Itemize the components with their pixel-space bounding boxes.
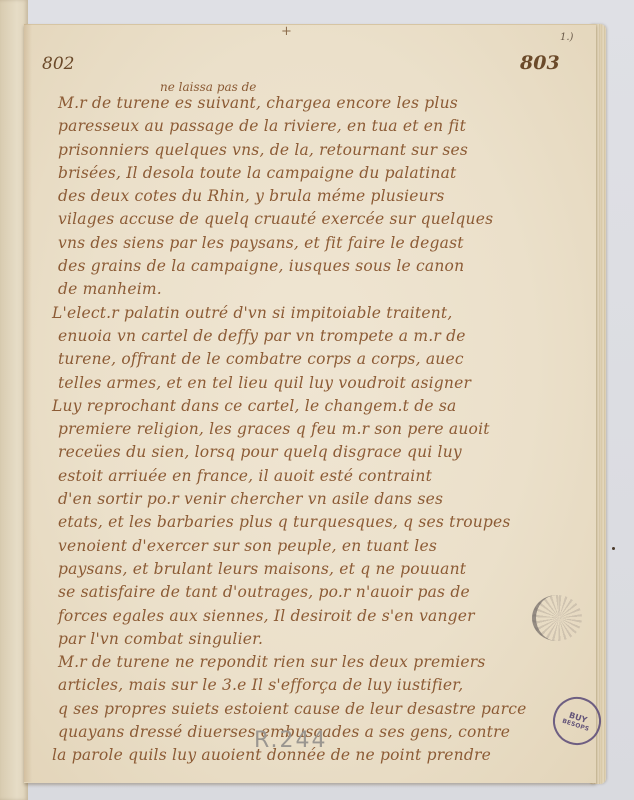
text-line: forces egales aux siennes, Il desiroit d…	[58, 605, 578, 628]
text-line: venoient d'exercer sur son peuple, en tu…	[58, 535, 578, 558]
text-line: L'elect.r palatin outré d'vn si impitoia…	[52, 302, 578, 325]
text-line: articles, mais sur le 3.e Il s'efforça d…	[58, 674, 578, 697]
folio-number-left: 802	[42, 54, 74, 74]
text-line: de manheim.	[58, 278, 578, 301]
folio-number-right: 803	[520, 52, 560, 74]
text-line: vns des siens par les paysans, et fit fa…	[58, 232, 578, 255]
page-gutter-shadow	[24, 24, 32, 782]
text-line: brisées, Il desola toute la campaigne du…	[58, 162, 578, 185]
text-line: prisonniers quelques vns, de la, retourn…	[58, 139, 578, 162]
ink-dot	[612, 547, 615, 550]
text-line: des deux cotes du Rhin, y brula méme plu…	[58, 185, 578, 208]
text-line: M.r de turene ne repondit rien sur les d…	[58, 651, 578, 674]
text-line: premiere religion, les graces q feu m.r …	[58, 418, 578, 441]
shelfmark: R.244	[254, 728, 328, 753]
text-line: se satisfaire de tant d'outrages, po.r n…	[58, 581, 578, 604]
text-line: M.r de turene es suivant, chargea encore…	[58, 92, 578, 115]
faded-round-stamp	[532, 595, 582, 641]
text-line: q ses propres suiets estoient cause de l…	[58, 698, 578, 721]
text-line: vilages accuse de quelq cruauté exercée …	[58, 208, 578, 231]
text-line: d'en sortir po.r venir chercher vn asile…	[58, 488, 578, 511]
text-line: paresseux au passage de la riviere, en t…	[58, 115, 578, 138]
text-line: paysans, et brulant leurs maisons, et q …	[58, 558, 578, 581]
manuscript-text: M.r de turene es suivant, chargea encore…	[58, 92, 578, 768]
text-line: enuoia vn cartel de deffy par vn trompet…	[58, 325, 578, 348]
text-line: estoit arriuée en france, il auoit esté …	[58, 465, 578, 488]
text-line: turene, offrant de le combatre corps a c…	[58, 348, 578, 371]
text-line: etats, et les barbaries plus q turquesqu…	[58, 511, 578, 534]
text-line: telles armes, et en tel lieu quil luy vo…	[58, 372, 578, 395]
top-cross-mark: +	[281, 24, 292, 39]
text-line: par l'vn combat singulier.	[58, 628, 578, 651]
small-folio-mark: 1.)	[560, 32, 573, 43]
text-line: des grains de la campaigne, iusques sous…	[58, 255, 578, 278]
text-line: receües du sien, lorsq pour quelq disgra…	[58, 441, 578, 464]
text-line: Luy reprochant dans ce cartel, le change…	[52, 395, 578, 418]
